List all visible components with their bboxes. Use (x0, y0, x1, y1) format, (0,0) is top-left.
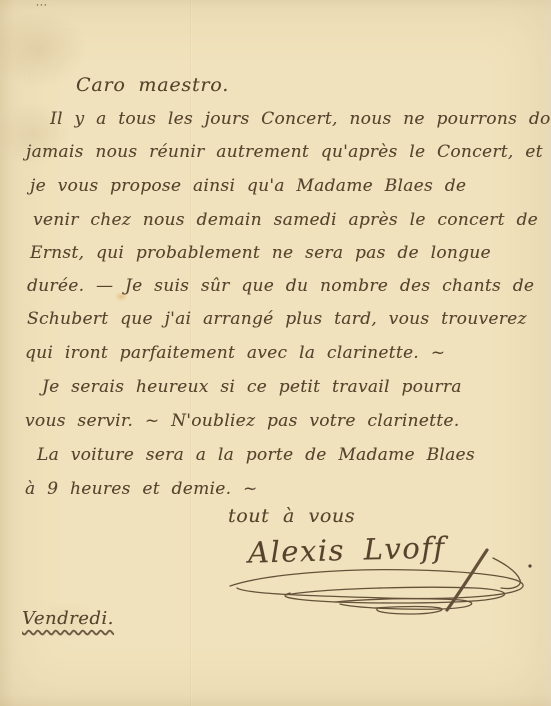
letter-line: Je serais heureux si ce petit travail po… (42, 377, 462, 397)
letter-line: Schubert que j'ai arrangé plus tard, vou… (27, 309, 527, 329)
letter-line: vous servir. ~ N'oubliez pas votre clari… (25, 411, 460, 431)
salutation: Caro maestro. (76, 74, 229, 96)
letter-line: je vous propose ainsi qu'a Madame Blaes … (30, 176, 466, 196)
letter-line: durée. — Je suis sûr que du nombre des c… (27, 276, 534, 296)
date-note: Vendredi. (22, 608, 114, 629)
letter-line: venir chez nous demain samedi après le c… (33, 210, 538, 230)
signature: Alexis Lvoff (248, 530, 447, 569)
letter-line: à 9 heures et demie. ~ (25, 479, 258, 499)
closing: tout à vous (228, 505, 355, 527)
pencil-annotation: ··· (36, 1, 48, 11)
letter-document: ··· Caro maestro. Il y a tous les jours … (0, 0, 551, 706)
letter-line: La voiture sera a la porte de Madame Bla… (37, 445, 475, 465)
letter-line: qui iront parfaitement avec la clarinett… (25, 343, 445, 363)
letter-line: Il y a tous les jours Concert, nous ne p… (50, 109, 551, 129)
letter-line: Ernst, qui probablement ne sera pas de l… (30, 243, 491, 263)
letter-line: jamais nous réunir autrement qu'après le… (26, 142, 543, 162)
